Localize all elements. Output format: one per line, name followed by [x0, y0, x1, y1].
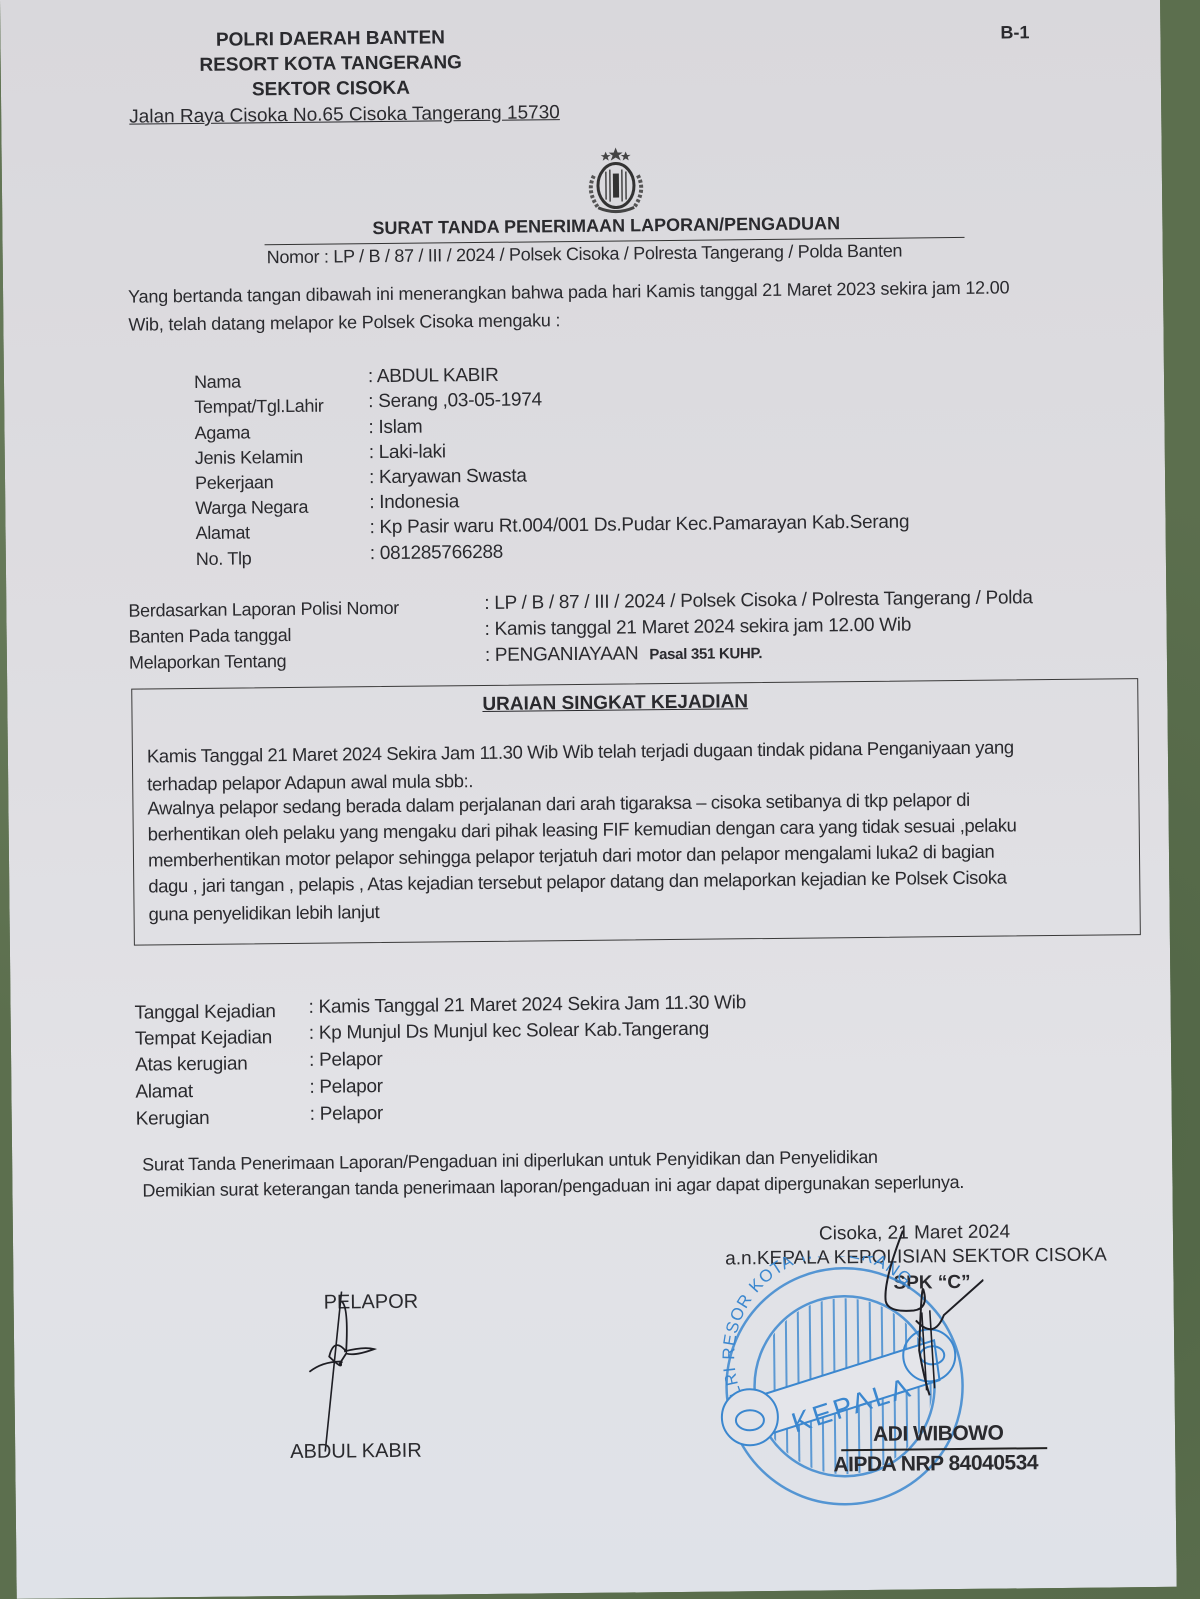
offense-type: : PENGANIAYAAN [485, 643, 639, 666]
incident-label: Alamat [135, 1081, 193, 1104]
reporter-signature-icon [304, 1291, 416, 1452]
reporter-name: ABDUL KABIR [290, 1440, 422, 1464]
reporter-label: Jenis Kelamin [195, 447, 303, 469]
document-title: SURAT TANDA PENERIMAAN LAPORAN/PENGADUAN [372, 213, 840, 239]
closing-line-2: Demikian surat keterangan tanda penerima… [142, 1172, 964, 1202]
header-line-2: RESORT KOTA TANGERANG [111, 51, 551, 78]
intro-line-1: Yang bertanda tangan dibawah ini meneran… [128, 277, 1009, 307]
reporter-value: : Laki-laki [369, 441, 446, 464]
summary-line: Kamis Tanggal 21 Maret 2024 Sekira Jam 1… [147, 736, 1014, 767]
officer-name: ADI WIBOWO [873, 1422, 1004, 1447]
officer-signature-icon [873, 1220, 985, 1401]
reporter-value: : Kp Pasir waru Rt.004/001 Ds.Pudar Kec.… [369, 512, 909, 540]
incident-label: Kerugian [136, 1108, 210, 1131]
reporter-label: Pekerjaan [195, 472, 274, 494]
report-label: Melaporkan Tentang [129, 651, 287, 674]
reporter-value: : Karyawan Swasta [369, 466, 527, 490]
incident-value: : Kamis Tanggal 21 Maret 2024 Sekira Jam… [308, 992, 746, 1019]
incident-value: : Pelapor [309, 1076, 383, 1099]
header-line-3: SEKTOR CISOKA [111, 76, 551, 103]
summary-line: terhadap pelapor Adapun awal mula sbb:. [147, 770, 473, 795]
reporter-label: Alamat [195, 522, 249, 544]
summary-line: dagu , jari tangan , pelapis , Atas keja… [148, 867, 1007, 898]
reporter-label: Agama [194, 422, 250, 444]
reporter-label: Nama [194, 371, 241, 392]
reporter-label: Tempat/Tgl.Lahir [194, 396, 323, 418]
incident-label: Atas kerugian [135, 1053, 248, 1076]
report-label: Berdasarkan Laporan Polisi Nomor [128, 598, 399, 622]
document-paper: POLRI DAERAH BANTEN RESORT KOTA TANGERAN… [0, 0, 1177, 1599]
summary-line: memberhentikan motor pelapor sehingga pe… [148, 841, 995, 872]
header-line-1: POLRI DAERAH BANTEN [110, 26, 550, 53]
closing-line-1: Surat Tanda Penerimaan Laporan/Pengaduan… [142, 1147, 878, 1176]
incident-value: : Pelapor [310, 1103, 384, 1126]
incident-label: Tanggal Kejadian [135, 1001, 276, 1024]
polri-emblem-icon [568, 145, 665, 218]
summary-title: URAIAN SINGKAT KEJADIAN [482, 691, 748, 716]
officer-rank-nrp: AIPDA NRP 84040534 [833, 1451, 1038, 1477]
reporter-value: : Islam [368, 417, 422, 440]
report-label: Banten Pada tanggal [129, 625, 292, 648]
incident-value: : Pelapor [309, 1049, 383, 1072]
incident-summary-box: URAIAN SINGKAT KEJADIAN Kamis Tanggal 21… [131, 678, 1141, 946]
reporter-value: : Serang ,03-05-1974 [368, 389, 542, 413]
reporter-label: No. Tlp [196, 548, 252, 570]
reporter-value: : Indonesia [369, 491, 459, 514]
report-value: : Kamis tanggal 21 Maret 2024 sekira jam… [485, 614, 912, 640]
reporter-value: : 081285766288 [370, 542, 503, 565]
reporter-label: Warga Negara [195, 497, 308, 519]
document-number: Nomor : LP / B / 87 / III / 2024 / Polse… [267, 241, 903, 269]
report-value: : LP / B / 87 / III / 2024 / Polsek Ciso… [484, 587, 1033, 615]
incident-value: : Kp Munjul Ds Munjul kec Solear Kab.Tan… [309, 1019, 709, 1045]
report-value: : PENGANIAYAAN Pasal 351 KUHP. [485, 642, 762, 667]
summary-line: guna penyelidikan lebih lanjut [148, 901, 379, 925]
form-code: B-1 [1000, 22, 1029, 43]
legal-article: Pasal 351 KUHP. [649, 645, 762, 663]
reporter-value: : ABDUL KABIR [368, 365, 499, 388]
intro-line-2: Wib, telah datang melapor ke Polsek Ciso… [128, 310, 560, 336]
incident-label: Tempat Kejadian [135, 1027, 272, 1050]
header-address: Jalan Raya Cisoka No.65 Cisoka Tangerang… [129, 102, 560, 129]
